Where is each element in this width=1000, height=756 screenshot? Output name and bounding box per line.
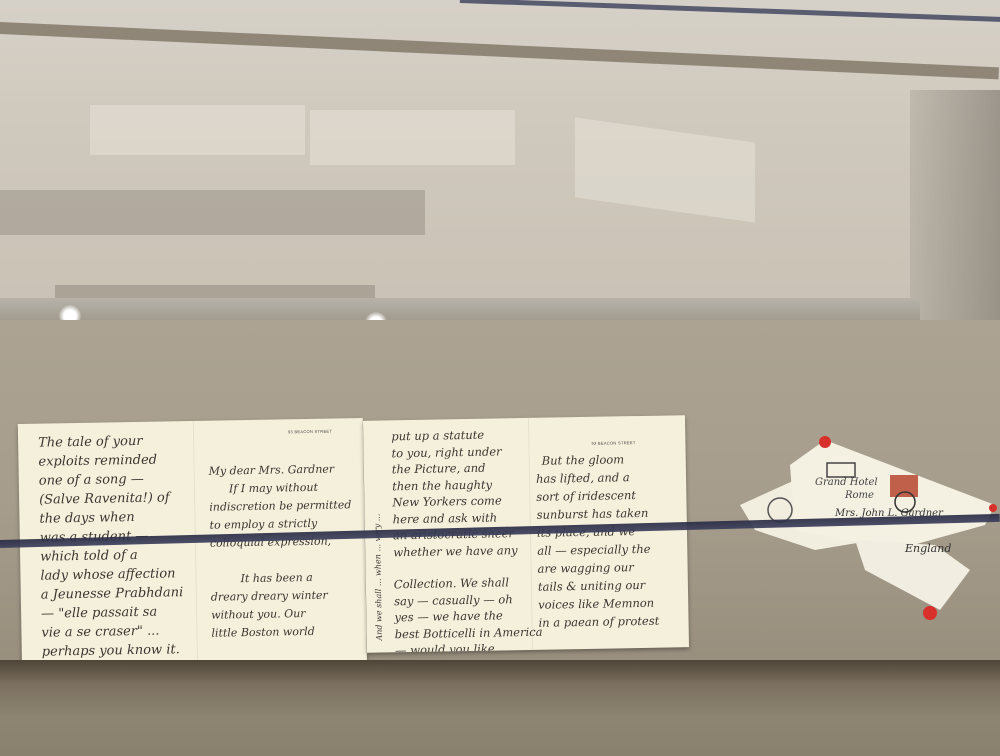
handwriting-line: in a paean of protest xyxy=(538,611,683,632)
glass-reflection xyxy=(575,117,755,222)
handwriting-line: a Jeunesse Prabhdani xyxy=(41,583,201,605)
letter-right-column-1: put up a statute to you, right under the… xyxy=(391,426,545,653)
svg-text:Grand Hotel: Grand Hotel xyxy=(815,477,878,488)
case-front-ledge xyxy=(0,660,1000,756)
gallery-wall xyxy=(0,0,1000,330)
letterhead: 93 BEACON STREET xyxy=(591,440,635,446)
glass-reflection xyxy=(90,105,305,155)
letter-left-column-2: My dear Mrs. Gardner If I may without in… xyxy=(209,460,362,643)
svg-text:Rome: Rome xyxy=(844,490,874,501)
letter-right-column-2: But the gloom has lifted, and a sort of … xyxy=(536,449,684,632)
letter-left: 93 BEACON STREET The tale of your exploi… xyxy=(18,418,367,679)
handwriting-line: perhaps you know it. xyxy=(42,640,202,662)
letterhead: 93 BEACON STREET xyxy=(288,429,332,435)
handwriting-line: indiscretion be permitted xyxy=(209,496,359,517)
wall-trim-stripe-blue xyxy=(460,0,1000,23)
museum-display-scene: 93 BEACON STREET The tale of your exploi… xyxy=(0,0,1000,756)
svg-text:England: England xyxy=(904,542,951,555)
glass-reflection xyxy=(310,110,515,165)
handwriting-line: best Botticelli in America xyxy=(395,623,545,642)
case-shadow-reflection xyxy=(0,190,425,235)
margin-note: And we shall ... when ... very ... xyxy=(371,440,386,640)
handwriting-line: little Boston world xyxy=(211,622,361,643)
wall-trim-stripe xyxy=(0,22,999,79)
